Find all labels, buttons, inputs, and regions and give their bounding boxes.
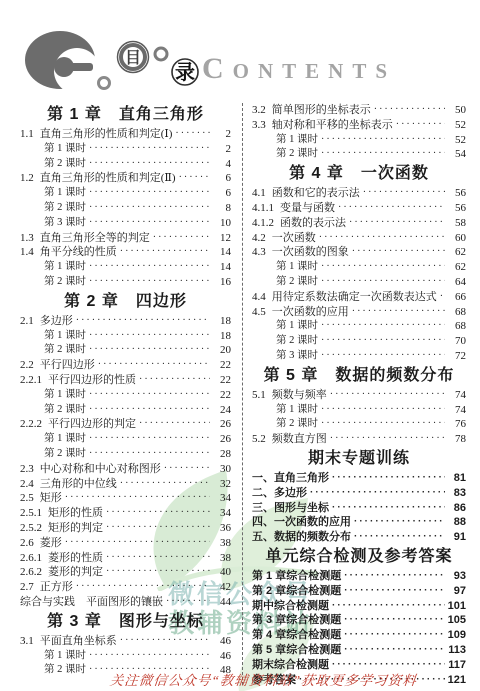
entry-page: 78 <box>448 432 466 447</box>
dotted-leader <box>139 417 210 432</box>
entry-page: 81 <box>448 471 466 486</box>
entry-page: 20 <box>213 343 231 358</box>
dotted-leader <box>321 319 445 334</box>
entry-number: 2.6.2 <box>20 565 42 580</box>
contents-wordmark: CONTENTS <box>202 52 396 86</box>
toc-entry: 5.1 频数与频率 74 <box>252 388 466 403</box>
entry-title: 第 2 课时 <box>276 147 318 162</box>
chapter-heading: 第 5 章 数据的频数分布 <box>252 364 466 388</box>
entry-title: 菱形 <box>40 536 62 551</box>
toc-entry: 第 3 课时 72 <box>252 349 466 364</box>
entry-title: 第 1 课时 <box>276 133 318 148</box>
entry-page: 56 <box>448 201 466 216</box>
entry-title: 第 2 课时 <box>44 201 86 216</box>
entry-number: 4.1 <box>252 186 266 201</box>
toc-entry: 2.3 中心对称和中心对称图形 30 <box>20 462 231 477</box>
entry-title: 平行四边形的判定 <box>48 417 136 432</box>
entry-page: 91 <box>448 530 466 545</box>
dotted-leader <box>89 157 210 172</box>
dotted-leader <box>89 388 210 403</box>
entry-title: 三角形的中位线 <box>40 477 117 492</box>
entry-title: 频数与频率 <box>272 388 327 403</box>
toc-columns: 第 1 章 直角三角形 1.1 直角三角形的性质和判定(Ⅰ) 2 第 1 课时 … <box>20 103 466 685</box>
entry-number: 5.2 <box>252 432 266 447</box>
entry-page: 8 <box>213 201 231 216</box>
dotted-leader <box>89 343 210 358</box>
toc-entry: 4.5 一次函数的应用 68 <box>252 305 466 320</box>
entry-page: 24 <box>213 403 231 418</box>
toc-column-left: 第 1 章 直角三角形 1.1 直角三角形的性质和判定(Ⅰ) 2 第 1 课时 … <box>20 103 233 685</box>
toc-entry: 1.1 直角三角形的性质和判定(Ⅰ) 2 <box>20 127 231 142</box>
entry-number: 2.2.1 <box>20 373 42 388</box>
dotted-leader <box>89 142 210 157</box>
entry-title: 直角三角形全等的判定 <box>40 231 150 246</box>
toc-entry: 4.1.2 函数的表示法 58 <box>252 216 466 231</box>
entry-title: 用待定系数法确定一次函数表达式 <box>272 290 437 305</box>
dotted-leader <box>175 127 210 142</box>
dotted-leader <box>321 147 445 162</box>
dotted-leader <box>139 373 210 388</box>
chapter-title: 期末专题训练 <box>308 450 410 467</box>
toc-column-right: 3.2 简单图形的坐标表示 50 3.3 轴对称和平移的坐标表示 52 第 1 … <box>251 103 466 685</box>
entry-page: 64 <box>448 275 466 290</box>
dotted-leader <box>106 551 210 566</box>
entry-page: 6 <box>213 186 231 201</box>
toc-entry: 2.2 平行四边形 22 <box>20 358 231 373</box>
entry-title: 第 1 课时 <box>44 388 86 403</box>
dotted-leader <box>352 305 445 320</box>
toc-entry: 第 1 课时 22 <box>20 388 231 403</box>
toc-entry: 第 1 课时 46 <box>20 649 231 664</box>
entry-page: 68 <box>448 305 466 320</box>
dotted-leader <box>321 403 445 418</box>
toc-entry: 第 1 课时 68 <box>252 319 466 334</box>
entry-number: 5.1 <box>252 388 266 403</box>
dotted-leader <box>89 447 210 462</box>
toc-entry: 第 1 课时 52 <box>252 133 466 148</box>
toc-entry: 第 2 章综合检测题 97 <box>252 584 466 599</box>
entry-page: 109 <box>448 628 466 643</box>
entry-number: 4.1.1 <box>252 201 274 216</box>
logo-lu-glyph: 录 <box>175 61 195 84</box>
entry-page: 22 <box>213 373 231 388</box>
toc-entry: 2.1 多边形 18 <box>20 314 231 329</box>
entry-page: 16 <box>213 275 231 290</box>
toc-entry: 5.2 频数直方图 78 <box>252 432 466 447</box>
entry-page: 113 <box>448 643 466 658</box>
entry-page: 36 <box>213 521 231 536</box>
entry-number: 2.2 <box>20 358 34 373</box>
entry-number: 2.6.1 <box>20 551 42 566</box>
entry-title: 第 2 课时 <box>44 403 86 418</box>
entry-page: 38 <box>213 536 231 551</box>
entry-title: 平行四边形的性质 <box>48 373 136 388</box>
entry-number: 4.3 <box>252 245 266 260</box>
dotted-leader <box>344 569 445 584</box>
dotted-leader <box>354 530 445 545</box>
entry-page: 6 <box>213 171 231 186</box>
entry-page: 18 <box>213 314 231 329</box>
entry-title: 第 2 课时 <box>44 663 86 678</box>
chapter-heading: 第 2 章 四边形 <box>20 290 231 314</box>
entry-title: 期中综合检测题 <box>252 599 329 614</box>
entry-title: 第 1 课时 <box>276 403 318 418</box>
dotted-leader <box>164 462 210 477</box>
entry-title: 简单图形的坐标表示 <box>272 103 371 118</box>
entry-title: 第 3 章综合检测题 <box>252 613 341 628</box>
entry-page: 83 <box>448 486 466 501</box>
entry-title: 函数和它的表示法 <box>272 186 360 201</box>
toc-entry: 2.2.1 平行四边形的性质 22 <box>20 373 231 388</box>
entry-title: 第 2 课时 <box>276 334 318 349</box>
chapter-heading: 第 4 章 一次函数 <box>252 162 466 186</box>
dotted-leader <box>321 349 445 364</box>
entry-number: 2.1 <box>20 314 34 329</box>
entry-number: 1.4 <box>20 245 34 260</box>
dotted-leader <box>89 403 210 418</box>
entry-number: 1.3 <box>20 231 34 246</box>
dotted-leader <box>330 432 445 447</box>
entry-page: 26 <box>213 432 231 447</box>
entry-page: 62 <box>448 260 466 275</box>
entry-title: 矩形的性质 <box>48 506 103 521</box>
entry-title: 第 5 章综合检测题 <box>252 643 341 658</box>
column-divider <box>242 103 251 685</box>
entry-title: 菱形的判定 <box>48 565 103 580</box>
entry-page: 76 <box>448 417 466 432</box>
toc-entry: 2.6 菱形 38 <box>20 536 231 551</box>
toc-entry: 4.2 一次函数 60 <box>252 231 466 246</box>
dotted-leader <box>321 260 445 275</box>
entry-number: 3.2 <box>252 103 266 118</box>
toc-entry: 五、数据的频数分布 91 <box>252 530 466 545</box>
entry-number: 4.4 <box>252 290 266 305</box>
dotted-leader <box>89 432 210 447</box>
entry-page: 93 <box>448 569 466 584</box>
entry-title: 四、一次函数的应用 <box>252 515 351 530</box>
dotted-leader <box>89 186 210 201</box>
entry-page: 86 <box>448 501 466 516</box>
entry-page: 2 <box>213 127 231 142</box>
entry-page: 22 <box>213 388 231 403</box>
dotted-leader <box>332 501 445 516</box>
toc-entry: 2.5.2 矩形的判定 36 <box>20 521 231 536</box>
entry-title: 第 2 课时 <box>276 275 318 290</box>
dotted-leader <box>179 171 210 186</box>
chapter-title: 第 2 章 四边形 <box>64 293 187 310</box>
entry-page: 74 <box>448 403 466 418</box>
entry-page: 88 <box>448 515 466 530</box>
toc-entry: 4.1.1 变量与函数 56 <box>252 201 466 216</box>
entry-page: 10 <box>213 216 231 231</box>
toc-entry: 第 2 课时 4 <box>20 157 231 172</box>
dotted-leader <box>120 477 210 492</box>
entry-title: 第 1 课时 <box>44 186 86 201</box>
contents-logo-icon: 目 录 <box>15 27 215 101</box>
dotted-leader <box>106 565 210 580</box>
dotted-leader <box>89 329 210 344</box>
entry-page: 74 <box>448 388 466 403</box>
entry-page: 28 <box>213 447 231 462</box>
chapter-heading: 期末专题训练 <box>252 447 466 471</box>
toc-entry: 第 1 课时 14 <box>20 260 231 275</box>
toc-entry: 2.2.2 平行四边形的判定 26 <box>20 417 231 432</box>
toc-entry: 二、多边形 83 <box>252 486 466 501</box>
entry-page: 72 <box>448 349 466 364</box>
toc-entry: 第 2 课时 54 <box>252 147 466 162</box>
logo-mu-glyph: 目 <box>125 49 141 67</box>
dotted-leader <box>76 580 210 595</box>
entry-title: 综合与实践 平面图形的镶嵌 <box>20 595 163 610</box>
entry-title: 直角三角形的性质和判定(Ⅱ) <box>40 171 176 186</box>
dotted-leader <box>120 634 210 649</box>
entry-page: 18 <box>213 329 231 344</box>
entry-title: 一次函数的应用 <box>272 305 349 320</box>
entry-number: 2.5.2 <box>20 521 42 536</box>
dotted-leader <box>120 245 210 260</box>
entry-page: 56 <box>448 186 466 201</box>
entry-number: 2.2.2 <box>20 417 42 432</box>
toc-entry: 2.5 矩形 34 <box>20 491 231 506</box>
entry-number: 1.2 <box>20 171 34 186</box>
entry-page: 4 <box>213 157 231 172</box>
entry-page: 34 <box>213 506 231 521</box>
entry-title: 变量与函数 <box>280 201 335 216</box>
dotted-leader <box>89 275 210 290</box>
toc-entry: 期中综合检测题 101 <box>252 599 466 614</box>
entry-page: 26 <box>213 417 231 432</box>
dotted-leader <box>396 118 445 133</box>
dotted-leader <box>321 275 445 290</box>
entry-title: 第 2 课时 <box>44 343 86 358</box>
entry-page: 105 <box>448 613 466 628</box>
toc-entry: 第 1 课时 26 <box>20 432 231 447</box>
entry-page: 46 <box>213 649 231 664</box>
chapter-title: 第 5 章 数据的频数分布 <box>264 367 455 384</box>
dotted-leader <box>89 201 210 216</box>
chapter-title: 第 1 章 直角三角形 <box>47 106 204 123</box>
entry-number: 4.5 <box>252 305 266 320</box>
toc-entry: 3.2 简单图形的坐标表示 50 <box>252 103 466 118</box>
entry-page: 44 <box>213 595 231 610</box>
entry-number: 2.5.1 <box>20 506 42 521</box>
entry-page: 121 <box>448 673 466 686</box>
entry-title: 第 1 课时 <box>44 260 86 275</box>
entry-title: 第 3 课时 <box>276 349 318 364</box>
header: 目 录 CONTENTS <box>0 0 480 100</box>
dotted-leader <box>330 388 445 403</box>
toc-entry: 一、直角三角形 81 <box>252 471 466 486</box>
entry-title: 第 1 课时 <box>44 142 86 157</box>
dotted-leader <box>153 231 210 246</box>
dotted-leader <box>321 417 445 432</box>
chapter-heading: 单元综合检测及参考答案 <box>252 545 466 569</box>
entry-title: 频数直方图 <box>272 432 327 447</box>
dotted-leader <box>344 584 445 599</box>
entry-title: 第 1 课时 <box>44 432 86 447</box>
entry-page: 101 <box>448 599 466 614</box>
toc-entry: 第 1 课时 2 <box>20 142 231 157</box>
entry-title: 多边形 <box>40 314 73 329</box>
entry-number: 2.3 <box>20 462 34 477</box>
entry-page: 117 <box>448 658 466 673</box>
entry-page: 60 <box>448 231 466 246</box>
entry-page: 34 <box>213 491 231 506</box>
toc-entry: 第 1 章综合检测题 93 <box>252 569 466 584</box>
entry-title: 矩形 <box>40 491 62 506</box>
entry-title: 第 1 课时 <box>276 260 318 275</box>
toc-entry: 1.3 直角三角形全等的判定 12 <box>20 231 231 246</box>
dotted-leader <box>354 515 445 530</box>
entry-number: 2.7 <box>20 580 34 595</box>
dotted-leader <box>310 486 445 501</box>
entry-page: 14 <box>213 260 231 275</box>
dotted-leader <box>344 628 444 643</box>
dotted-leader <box>374 103 445 118</box>
dotted-leader <box>76 314 210 329</box>
entry-page: 52 <box>448 118 466 133</box>
entry-title: 一、直角三角形 <box>252 471 329 486</box>
dotted-leader <box>349 216 445 231</box>
dotted-leader <box>344 643 445 658</box>
dotted-leader <box>363 186 445 201</box>
toc-entry: 第 2 课时 16 <box>20 275 231 290</box>
entry-title: 函数的表示法 <box>280 216 346 231</box>
toc-entry: 第 5 章综合检测题 113 <box>252 643 466 658</box>
entry-page: 68 <box>448 319 466 334</box>
dotted-leader <box>166 595 210 610</box>
toc-entry: 2.5.1 矩形的性质 34 <box>20 506 231 521</box>
entry-page: 70 <box>448 334 466 349</box>
entry-page: 22 <box>213 358 231 373</box>
entry-number: 2.5 <box>20 491 34 506</box>
entry-title: 第 1 课时 <box>44 649 86 664</box>
chapter-title: 第 4 章 一次函数 <box>289 165 429 182</box>
entry-title: 第 2 课时 <box>44 275 86 290</box>
entry-page: 62 <box>448 245 466 260</box>
entry-title: 二、多边形 <box>252 486 307 501</box>
entry-page: 46 <box>213 634 231 649</box>
toc-entry: 3.3 轴对称和平移的坐标表示 52 <box>252 118 466 133</box>
dotted-leader <box>106 506 210 521</box>
dotted-leader <box>106 521 210 536</box>
entry-page: 2 <box>213 142 231 157</box>
chapter-title: 第 3 章 图形与坐标 <box>47 613 204 630</box>
entry-title: 三、图形与坐标 <box>252 501 329 516</box>
toc-entry: 第 2 课时 24 <box>20 403 231 418</box>
dotted-leader <box>440 290 445 305</box>
toc-entry: 三、图形与坐标 86 <box>252 501 466 516</box>
entry-page: 30 <box>213 462 231 477</box>
dotted-leader <box>65 491 210 506</box>
entry-title: 正方形 <box>40 580 73 595</box>
toc-entry: 第 1 课时 6 <box>20 186 231 201</box>
toc-entry: 第 2 课时 8 <box>20 201 231 216</box>
dotted-leader <box>89 260 210 275</box>
entry-title: 第 1 课时 <box>276 319 318 334</box>
toc-entry: 2.6.1 菱形的性质 38 <box>20 551 231 566</box>
chapter-heading: 第 1 章 直角三角形 <box>20 103 231 127</box>
toc-entry: 第 2 课时 20 <box>20 343 231 358</box>
toc-entry: 四、一次函数的应用 88 <box>252 515 466 530</box>
entry-page: 38 <box>213 551 231 566</box>
entry-title: 直角三角形的性质和判定(Ⅰ) <box>40 127 173 142</box>
entry-page: 42 <box>213 580 231 595</box>
entry-page: 58 <box>448 216 466 231</box>
dotted-leader <box>89 649 210 664</box>
toc-entry: 第 3 章综合检测题 105 <box>252 613 466 628</box>
entry-title: 第 4 章综合检测题 <box>252 628 341 643</box>
toc-entry: 第 1 课时 74 <box>252 403 466 418</box>
entry-title: 第 1 章综合检测题 <box>252 569 341 584</box>
dotted-leader <box>332 471 445 486</box>
toc-entry: 第 2 课时 76 <box>252 417 466 432</box>
entry-page: 66 <box>448 290 466 305</box>
toc-entry: 4.4 用待定系数法确定一次函数表达式 66 <box>252 290 466 305</box>
entry-title: 中心对称和中心对称图形 <box>40 462 161 477</box>
entry-title: 菱形的性质 <box>48 551 103 566</box>
entry-page: 32 <box>213 477 231 492</box>
entry-page: 40 <box>213 565 231 580</box>
entry-title: 第 2 课时 <box>276 417 318 432</box>
dotted-leader <box>332 599 445 614</box>
toc-entry: 2.7 正方形 42 <box>20 580 231 595</box>
entry-page: 50 <box>448 103 466 118</box>
dotted-leader <box>344 613 444 628</box>
toc-entry: 1.2 直角三角形的性质和判定(Ⅱ) 6 <box>20 171 231 186</box>
toc-entry: 1.4 角平分线的性质 14 <box>20 245 231 260</box>
entry-number: 4.2 <box>252 231 266 246</box>
entry-title: 第 2 课时 <box>44 447 86 462</box>
entry-number: 1.1 <box>20 127 34 142</box>
toc-entry: 第 4 章综合检测题 109 <box>252 628 466 643</box>
entry-title: 第 2 课时 <box>44 157 86 172</box>
entry-title: 矩形的判定 <box>48 521 103 536</box>
chapter-heading: 第 3 章 图形与坐标 <box>20 610 231 634</box>
entry-number: 4.1.2 <box>252 216 274 231</box>
entry-number: 3.3 <box>252 118 266 133</box>
dotted-leader <box>98 358 210 373</box>
entry-title: 一次函数 <box>272 231 316 246</box>
entry-title: 轴对称和平移的坐标表示 <box>272 118 393 133</box>
toc-entry: 第 1 课时 18 <box>20 329 231 344</box>
dotted-leader <box>319 231 445 246</box>
toc-entry: 综合与实践 平面图形的镶嵌 44 <box>20 595 231 610</box>
chapter-title: 单元综合检测及参考答案 <box>265 548 452 565</box>
entry-page: 52 <box>448 133 466 148</box>
entry-page: 14 <box>213 245 231 260</box>
toc-entry: 第 2 课时 28 <box>20 447 231 462</box>
toc-entry: 2.4 三角形的中位线 32 <box>20 477 231 492</box>
entry-number: 3.1 <box>20 634 34 649</box>
toc-entry: 4.1 函数和它的表示法 56 <box>252 186 466 201</box>
toc-entry: 第 1 课时 62 <box>252 260 466 275</box>
dotted-leader <box>338 201 445 216</box>
dotted-leader <box>65 536 210 551</box>
entry-title: 第 3 课时 <box>44 216 86 231</box>
entry-title: 第 2 章综合检测题 <box>252 584 341 599</box>
toc-entry: 第 2 课时 70 <box>252 334 466 349</box>
entry-number: 2.4 <box>20 477 34 492</box>
entry-page: 54 <box>448 147 466 162</box>
entry-title: 平面直角坐标系 <box>40 634 117 649</box>
toc-page: 微信公众号 教辅资料站 目 录 CONTENTS 第 1 章 直角三角形 1.1… <box>0 0 480 691</box>
toc-entry: 2.6.2 菱形的判定 40 <box>20 565 231 580</box>
footer-note: 关注微信公众号“教辅资料站”获取更多学习资料 <box>109 669 418 689</box>
toc-entry: 第 3 课时 10 <box>20 216 231 231</box>
toc-entry: 3.1 平面直角坐标系 46 <box>20 634 231 649</box>
entry-number: 2.6 <box>20 536 34 551</box>
